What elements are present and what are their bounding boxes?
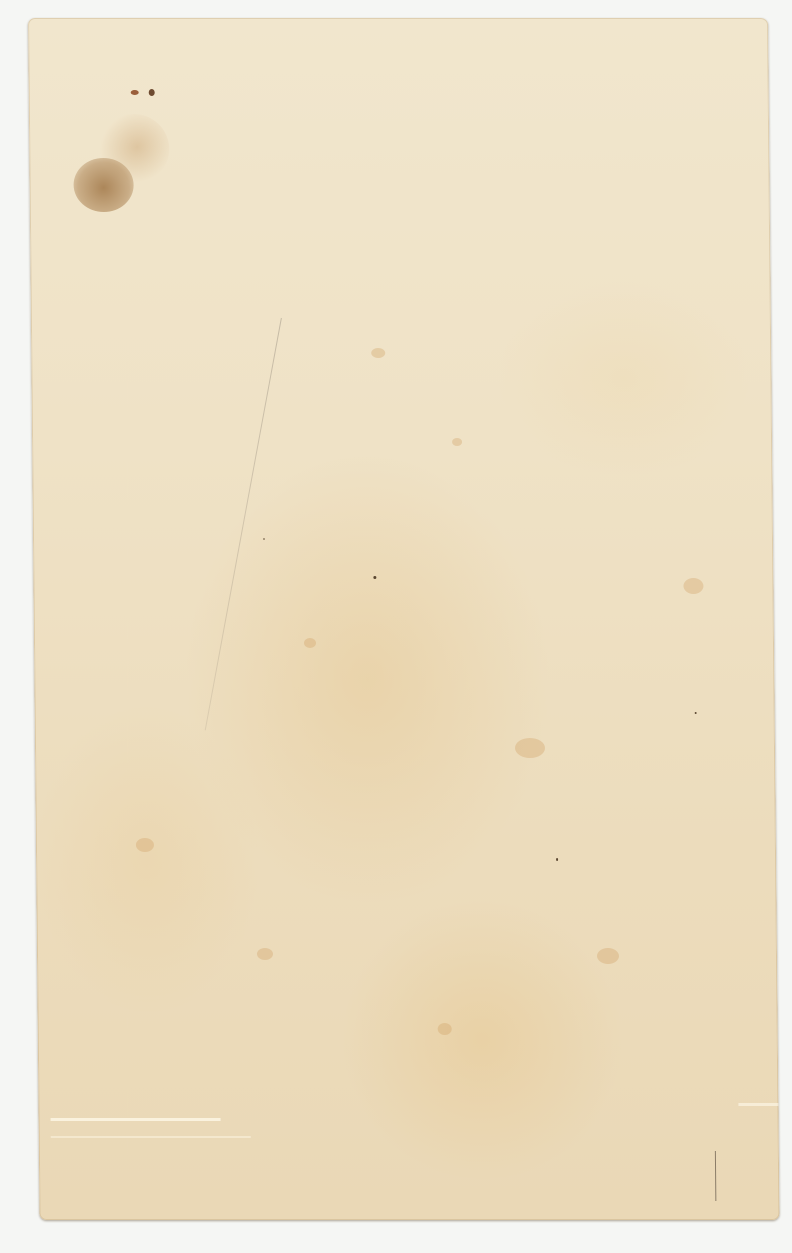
speck	[695, 712, 697, 714]
foxing-spot	[597, 948, 619, 964]
stain-dot	[149, 89, 155, 96]
photo-scene	[0, 0, 792, 1253]
foxing-spot	[136, 838, 154, 852]
edge-crease	[51, 1118, 221, 1121]
speck	[263, 538, 265, 540]
foxing-spot	[257, 948, 273, 960]
speck	[373, 576, 376, 579]
foxing-spot	[683, 578, 703, 594]
foxing-spot	[438, 1023, 452, 1035]
edge-crease	[51, 1136, 251, 1138]
foxing-spot	[452, 438, 462, 446]
card-back	[28, 18, 780, 1220]
edge-crease	[738, 1103, 778, 1106]
foxing-spot	[515, 738, 545, 758]
foxing-spot	[371, 348, 385, 358]
stain-drip	[73, 158, 134, 212]
stain-dot	[131, 90, 139, 95]
foxing-spot	[304, 638, 316, 648]
pencil-mark	[715, 1151, 716, 1201]
pencil-scratch	[205, 318, 282, 730]
speck	[556, 858, 558, 861]
